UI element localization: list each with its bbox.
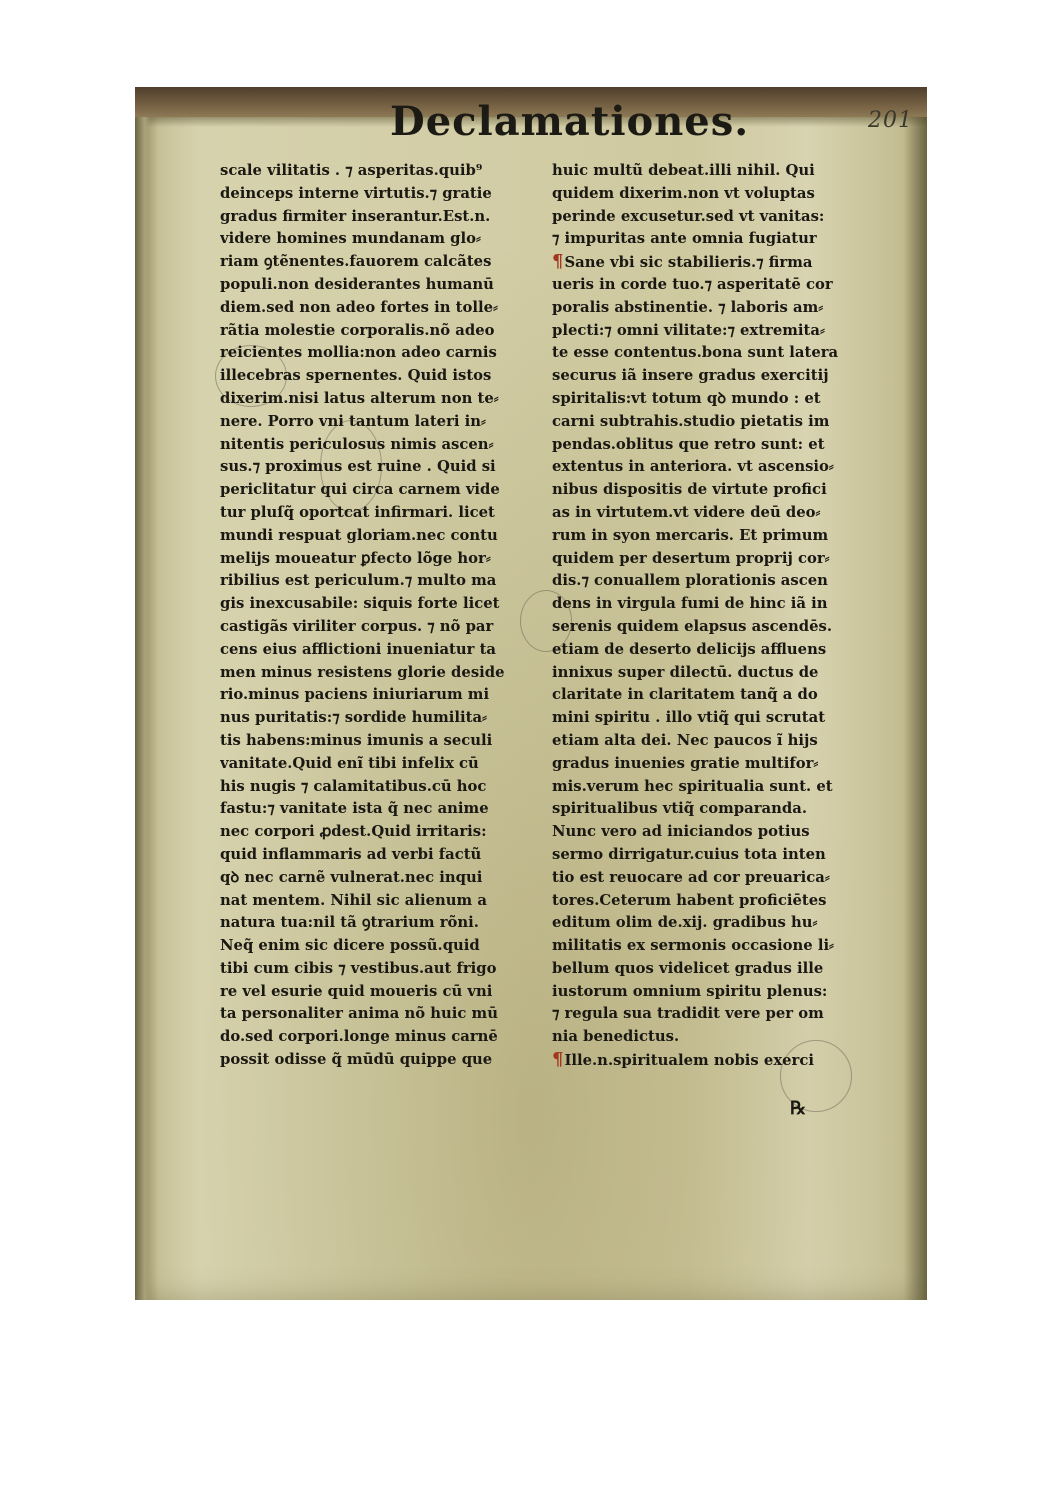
- text-line: mis.verum hec spiritualia sunt. et: [552, 776, 872, 799]
- text-line: ¶Sane vbi sic stabilieris.⁊ firma: [552, 251, 872, 274]
- text-line: gis inexcusabile: siquis forte licet: [220, 593, 540, 616]
- text-line: deinceps interne virtutis.⁊ gratie: [220, 183, 540, 206]
- text-line: tibi cum cibis ⁊ vestibus.aut frigo: [220, 958, 540, 981]
- text-line: securus iã insere gradus exercitij: [552, 365, 872, 388]
- page-gutter-shadow: [135, 117, 151, 1300]
- text-line: natura tua:nil tã ꝯtrarium rõni.: [220, 912, 540, 935]
- text-line: nitentis periculosus nimis ascen⸗: [220, 434, 540, 457]
- text-line: reicientes mollia:non adeo carnis: [220, 342, 540, 365]
- text-line: ribilius est periculum.⁊ multo ma: [220, 570, 540, 593]
- text-line: spiritalis:vt totum qꝺ mundo : et: [552, 388, 872, 411]
- folio-number: 201: [868, 108, 913, 133]
- text-line: Neq̃ enim sic dicere possũ.quid: [220, 935, 540, 958]
- text-line: nia benedictus.: [552, 1026, 872, 1049]
- text-line: possit odisse q̃ mūdū quippe que: [220, 1049, 540, 1072]
- text-line: populi.non desiderantes humanū: [220, 274, 540, 297]
- text-line: te esse contentus.bona sunt latera: [552, 342, 872, 365]
- catchword-mark: ℞: [790, 1098, 806, 1119]
- text-line: castigãs viriliter corpus. ⁊ nõ par: [220, 616, 540, 639]
- text-line: etiam alta dei. Nec paucos ĩ hijs: [552, 730, 872, 753]
- text-line: diem.sed non adeo fortes in tolle⸗: [220, 297, 540, 320]
- text-line: sus.⁊ proximus est ruine . Quid si: [220, 456, 540, 479]
- text-line: ¶Ille.n.spiritualem nobis exerci: [552, 1049, 872, 1072]
- text-line: Nunc vero ad iniciandos potius: [552, 821, 872, 844]
- text-line: quidem dixerim.non vt voluptas: [552, 183, 872, 206]
- text-line: ta personaliter anima nõ huic mū: [220, 1003, 540, 1026]
- text-line: bellum quos videlicet gradus ille: [552, 958, 872, 981]
- text-line: nere. Porro vni tantum lateri in⸗: [220, 411, 540, 434]
- text-line: serenis quidem elapsus ascendēs.: [552, 616, 872, 639]
- text-line: nec corpori ꝓdest.Quid irritaris:: [220, 821, 540, 844]
- text-line-content: Sane vbi sic stabilieris.⁊ firma: [564, 254, 812, 271]
- text-line: poralis abstinentie. ⁊ laboris am⸗: [552, 297, 872, 320]
- text-line: melijs moueatur ꝑfecto lõge hor⸗: [220, 548, 540, 571]
- text-line: fastu:⁊ vanitate ista q̃ nec anime: [220, 798, 540, 821]
- text-line: sermo dirrigatur.cuius tota inten: [552, 844, 872, 867]
- text-line: re vel esurie quid moueris cū vni: [220, 981, 540, 1004]
- text-line: carni subtrahis.studio pietatis im: [552, 411, 872, 434]
- text-line: ueris in corde tuo.⁊ asperitatē cor: [552, 274, 872, 297]
- text-line: ⁊ impuritas ante omnia fugiatur: [552, 228, 872, 251]
- text-line: as in virtutem.vt videre deū deo⸗: [552, 502, 872, 525]
- text-line: militatis ex sermonis occasione li⸗: [552, 935, 872, 958]
- text-line: rãtia molestie corporalis.nõ adeo: [220, 320, 540, 343]
- text-line: pendas.oblitus que retro sunt: et: [552, 434, 872, 457]
- text-line: do.sed corpori.longe minus carnē: [220, 1026, 540, 1049]
- text-line: gradus inuenies gratie multifor⸗: [552, 753, 872, 776]
- text-line: nibus dispositis de virtute profici: [552, 479, 872, 502]
- text-line: gradus firmiter inserantur.Est.n.: [220, 206, 540, 229]
- text-line: editum olim de.xij. gradibus hu⸗: [552, 912, 872, 935]
- text-line: illecebras spernentes. Quid istos: [220, 365, 540, 388]
- text-line: scale vilitatis . ⁊ asperitas.quib⁹: [220, 160, 540, 183]
- text-line: rum in syon mercaris. Et primum: [552, 525, 872, 548]
- text-line: claritate in claritatem tanq̃ a do: [552, 684, 872, 707]
- text-line: dens in virgula fumi de hinc iã in: [552, 593, 872, 616]
- text-line: periclitatur qui circa carnem vide: [220, 479, 540, 502]
- text-line-content: Ille.n.spiritualem nobis exerci: [564, 1052, 814, 1069]
- text-line: dis.⁊ conuallem plorationis ascen: [552, 570, 872, 593]
- text-line: extentus in anteriora. vt ascensio⸗: [552, 456, 872, 479]
- text-line: nat mentem. Nihil sic alienum a: [220, 890, 540, 913]
- text-line: etiam de deserto delicijs affluens: [552, 639, 872, 662]
- text-line: dixerim.nisi latus alterum non te⸗: [220, 388, 540, 411]
- text-line: tio est reuocare ad cor preuarica⸗: [552, 867, 872, 890]
- text-line: tis habens:minus imunis a seculi: [220, 730, 540, 753]
- text-line: spiritualibus vtiq̃ comparanda.: [552, 798, 872, 821]
- text-line: tur pluſq̃ oportcat infirmari. licet: [220, 502, 540, 525]
- text-line: plecti:⁊ omni vilitate:⁊ extremita⸗: [552, 320, 872, 343]
- text-line: quid inflammaris ad verbi factũ: [220, 844, 540, 867]
- text-line: qꝺ nec carnẽ vulnerat.nec inqui: [220, 867, 540, 890]
- text-line: nus puritatis:⁊ sordide humilita⸗: [220, 707, 540, 730]
- text-line: riam ꝯtẽnentes.fauorem calcãtes: [220, 251, 540, 274]
- text-line: his nugis ⁊ calamitatibus.cū hoc: [220, 776, 540, 799]
- text-column-left: scale vilitatis . ⁊ asperitas.quib⁹deinc…: [220, 160, 540, 1072]
- text-line: iustorum omnium spiritu plenus:: [552, 981, 872, 1004]
- text-column-right: huic multũ debeat.illi nihil. Quiquidem …: [552, 160, 872, 1072]
- rubric-paragraph-mark-icon: ¶: [552, 251, 563, 272]
- text-line: rio.minus paciens iniuriarum mi: [220, 684, 540, 707]
- text-line: mini spiritu . illo vtiq̃ qui scrutat: [552, 707, 872, 730]
- text-line: mundi respuat gloriam.nec contu: [220, 525, 540, 548]
- text-line: videre homines mundanam glo⸗: [220, 228, 540, 251]
- running-head: Declamationes.: [390, 92, 690, 152]
- text-line: huic multũ debeat.illi nihil. Qui: [552, 160, 872, 183]
- text-line: tores.Ceterum habent proficiētes: [552, 890, 872, 913]
- rubric-paragraph-mark-icon: ¶: [552, 1049, 563, 1070]
- text-line: vanitate.Quid enĩ tibi infelix cū: [220, 753, 540, 776]
- text-line: men minus resistens glorie deside: [220, 662, 540, 685]
- text-line: ⁊ regula sua tradidit vere per om: [552, 1003, 872, 1026]
- text-line: innixus super dilectū. ductus de: [552, 662, 872, 685]
- text-line: perinde excusetur.sed vt vanitas:: [552, 206, 872, 229]
- text-line: cens eius afflictioni inueniatur ta: [220, 639, 540, 662]
- text-line: quidem per desertum proprij cor⸗: [552, 548, 872, 571]
